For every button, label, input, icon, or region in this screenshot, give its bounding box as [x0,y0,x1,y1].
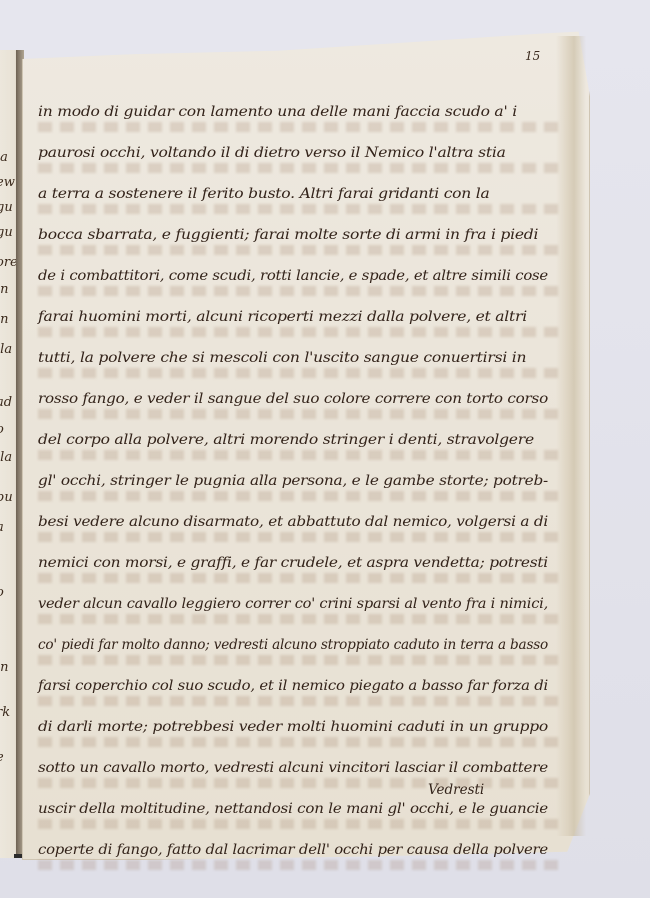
line-text: del corpo alla polvere, altri morendo st… [38,432,534,448]
text-line: nemici con morsi, e graffi, e far crudel… [38,555,568,596]
line-text: sotto un cavallo morto, vedresti alcuni … [38,760,548,776]
ink-bleed-through [38,614,558,624]
ink-bleed-through [38,327,558,337]
line-text: gl' occhi, stringer le pugnia alla perso… [38,473,548,489]
folio-number: 15 [525,49,540,63]
line-text: de i combattitori, come scudi, rotti lan… [38,268,548,284]
text-line: tutti, la polvere che si mescoli con l'u… [38,350,568,391]
text-line: farai huomini morti, alcuni ricoperti me… [38,309,568,350]
line-text: tutti, la polvere che si mescoli con l'u… [38,350,526,366]
text-line: gl' occhi, stringer le pugnia alla perso… [38,473,568,514]
text-line: di darli morte; potrebbesi veder molti h… [38,719,568,760]
text-line: coperte di fango, fatto dal lacrimar del… [38,842,568,883]
ink-bleed-through [38,860,558,870]
ink-bleed-through [38,286,558,296]
ink-bleed-through [38,163,558,173]
ink-bleed-through [38,450,558,460]
line-text: veder alcun cavallo leggiero correr co' … [38,596,548,612]
ink-bleed-through [38,819,558,829]
line-text: paurosi occhi, voltando il di dietro ver… [38,145,506,161]
ink-bleed-through [38,245,558,255]
line-text: co' piedi far molto danno; vedresti alcu… [38,637,548,653]
text-line: rosso fango, e veder il sangue del suo c… [38,391,568,432]
text-line: farsi coperchio col suo scudo, et il nem… [38,678,568,719]
line-text: coperte di fango, fatto dal lacrimar del… [38,842,548,858]
line-text: in modo di guidar con lamento una delle … [38,104,517,120]
text-line: de i combattitori, come scudi, rotti lan… [38,268,568,309]
text-line: a terra a sostenere il ferito busto. Alt… [38,186,568,227]
manuscript-text: in modo di guidar con lamento una delle … [38,104,568,883]
text-line: uscir della moltitudine, nettandosi con … [38,801,568,842]
line-text: nemici con morsi, e graffi, e far crudel… [38,555,548,571]
text-line: veder alcun cavallo leggiero correr co' … [38,596,568,637]
line-text: besi vedere alcuno disarmato, et abbattu… [38,514,548,530]
text-line: in modo di guidar con lamento una delle … [38,104,568,145]
ink-bleed-through [38,573,558,583]
text-line: sotto un cavallo morto, vedresti alcuni … [38,760,568,801]
catchword: Vedresti [428,782,484,798]
ink-bleed-through [38,737,558,747]
line-text: di darli morte; potrebbesi veder molti h… [38,719,548,735]
text-line: besi vedere alcuno disarmato, et abbattu… [38,514,568,555]
line-text: rosso fango, e veder il sangue del suo c… [38,391,548,407]
line-text: farsi coperchio col suo scudo, et il nem… [38,678,548,694]
ink-bleed-through [38,655,558,665]
line-text: bocca sbarrata, e fuggienti; farai molte… [38,227,538,243]
text-line: co' piedi far molto danno; vedresti alcu… [38,637,568,678]
text-line: bocca sbarrata, e fuggienti; farai molte… [38,227,568,268]
line-text: uscir della moltitudine, nettandosi con … [38,801,548,817]
text-line: del corpo alla polvere, altri morendo st… [38,432,568,473]
ink-bleed-through [38,368,558,378]
line-text: farai huomini morti, alcuni ricoperti me… [38,309,527,325]
ink-bleed-through [38,696,558,706]
ink-bleed-through [38,204,558,214]
line-text: a terra a sostenere il ferito busto. Alt… [38,186,490,202]
ink-bleed-through [38,409,558,419]
ink-bleed-through [38,532,558,542]
ink-bleed-through [38,122,558,132]
text-line: paurosi occhi, voltando il di dietro ver… [38,145,568,186]
ink-bleed-through [38,491,558,501]
